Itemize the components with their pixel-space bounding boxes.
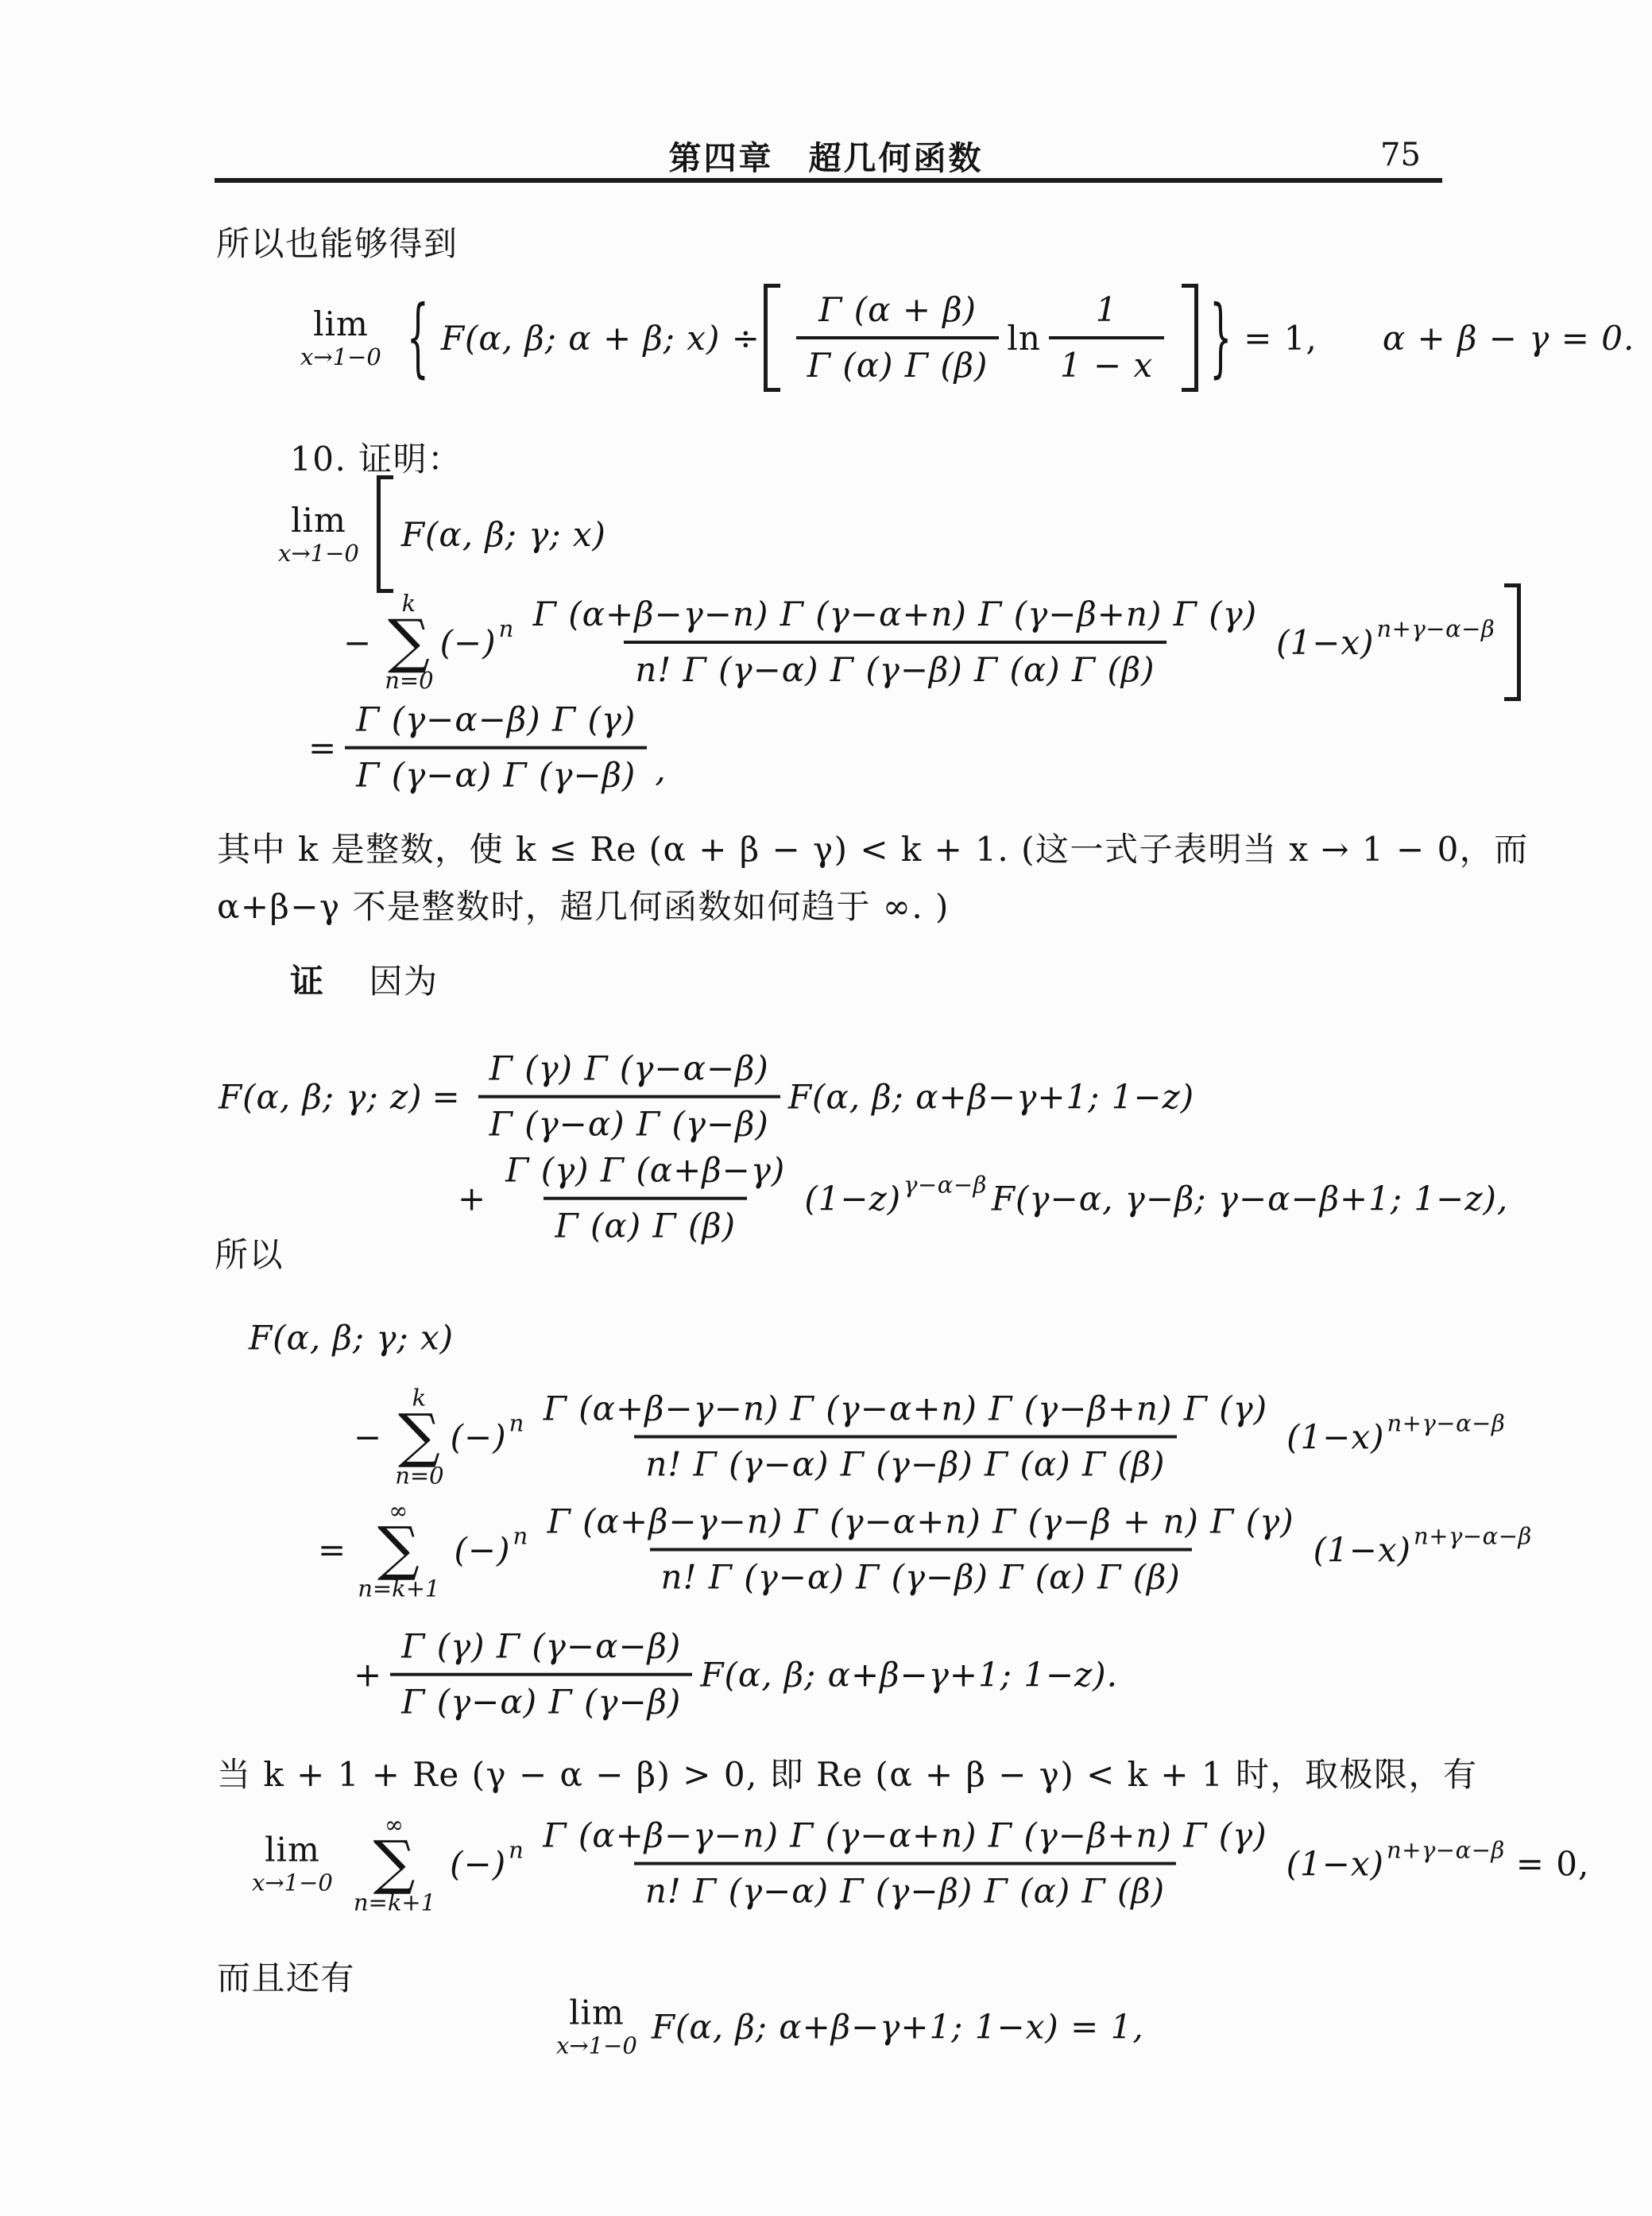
gamma-ratio-fraction: Γ (α+β−γ−n) Γ (γ−α+n) Γ (γ−β + n) Γ (γ) … [536, 1501, 1306, 1599]
gamma-ratio-fraction: Γ (α+β−γ−n) Γ (γ−α+n) Γ (γ−β+n) Γ (γ) n!… [522, 594, 1268, 692]
problem-10-label: 10. 证明： [290, 433, 462, 481]
power-base: (1−x) [1286, 1417, 1384, 1456]
hypergeometric-function: F(α, β; γ; x) [249, 1319, 454, 1358]
equation-3-line-2: + Γ (γ) Γ (α+β−γ) Γ (α) Γ (β) (1−z)γ−α−β… [458, 1150, 1508, 1248]
equation-2-line-1: lim x→1−0 F(α, β; γ; x) [278, 475, 606, 593]
power-base: (1−z) [804, 1180, 901, 1218]
paragraph-limit-condition: 当 k + 1 + Re (γ − α − β) > 0, 即 Re (α + … [217, 1749, 1478, 1796]
sign-factor: (−) [451, 1417, 507, 1456]
sigma-glyph: ∑ [377, 1524, 420, 1575]
left-bracket-delimiter [764, 284, 780, 392]
paragraph-k-condition-line2: α+β−γ 不是整数时，超几何函数如何趋于 ∞. ) [217, 881, 950, 928]
equals-sign: = [308, 729, 337, 768]
sigma-glyph: ∑ [388, 617, 431, 667]
proof-label: 证 [290, 962, 325, 1001]
equation-4-line-1: F(α, β; γ; x) [249, 1319, 454, 1358]
sign-factor: (−) [455, 1530, 511, 1569]
equation-4-line-4: + Γ (γ) Γ (γ−α−β) Γ (γ−α) Γ (γ−β) F(α, β… [354, 1626, 1118, 1724]
equation-5: lim x→1−0 ∞ ∑ n=k+1 (−)n Γ (α+β−γ−n) Γ (… [252, 1814, 1589, 1915]
gamma-ratio-fraction: Γ (γ−α−β) Γ (γ) Γ (γ−α) Γ (γ−β) [345, 699, 647, 797]
limit-operator: lim x→1−0 [252, 1833, 333, 1896]
equation-2-line-3: = Γ (γ−α−β) Γ (γ) Γ (γ−α) Γ (γ−β) , [308, 699, 667, 797]
sigma-glyph: ∑ [398, 1412, 441, 1462]
equation-2-line-2: − k ∑ n=0 (−)n Γ (α+β−γ−n) Γ (γ−α+n) Γ (… [343, 583, 1521, 701]
plus-sign: + [354, 1656, 382, 1695]
paragraph-intro: 所以也能够得到 [216, 218, 458, 265]
gamma-ratio-fraction: Γ (α+β−γ−n) Γ (γ−α+n) Γ (γ−β+n) Γ (γ) n!… [532, 1389, 1279, 1486]
limit-operator: lim x→1−0 [278, 503, 359, 566]
sign-factor: (−) [450, 1844, 506, 1883]
right-brace-delimiter: } [1209, 289, 1232, 388]
left-bracket-delimiter [377, 475, 393, 593]
right-bracket-delimiter [1504, 583, 1521, 701]
limit-operator: lim x→1−0 [300, 307, 381, 370]
equals-sign: = [318, 1530, 346, 1569]
log-argument-fraction: 1 1 − x [1049, 289, 1164, 387]
equation-4-line-2: − k ∑ n=0 (−)n Γ (α+β−γ−n) Γ (γ−α+n) Γ (… [354, 1387, 1505, 1488]
rhs-function: F(α, β; α+β−γ+1; 1−z) [788, 1078, 1194, 1117]
rhs-function: F(γ−α, γ−β; γ−α−β+1; 1−z), [992, 1180, 1508, 1218]
paragraph-k-condition-line1: 其中 k 是整数，使 k ≤ Re (α + β − γ) < k + 1. (… [217, 823, 1529, 871]
eq5-result: = 0, [1516, 1844, 1590, 1883]
trailing-comma: , [655, 750, 666, 788]
left-brace-delimiter: { [407, 289, 430, 388]
minus-sign: − [343, 623, 372, 662]
power-base: (1−x) [1276, 623, 1374, 662]
paragraph-moreover: 而且还有 [217, 1952, 355, 2000]
gamma-ratio-fraction: Γ (γ) Γ (α+β−γ) Γ (α) Γ (β) [494, 1150, 796, 1248]
lhs-function: F(α, β; γ; z) [219, 1078, 423, 1117]
minus-sign: − [354, 1417, 382, 1456]
gamma-ratio-fraction: Γ (γ) Γ (γ−α−β) Γ (γ−α) Γ (γ−β) [390, 1626, 692, 1724]
limit-operator: lim x→1−0 [556, 1996, 637, 2059]
eq1-body: F(α, β; α + β; x) ÷ [441, 319, 760, 358]
right-bracket-delimiter [1182, 284, 1198, 392]
eq1-side-condition: α + β − γ = 0. [1383, 319, 1635, 358]
header-rule [215, 178, 1442, 183]
gamma-ratio-fraction: Γ (α+β−γ−n) Γ (γ−α+n) Γ (γ−β+n) Γ (γ) n!… [532, 1815, 1278, 1913]
sigma-glyph: ∑ [373, 1838, 416, 1889]
page-number: 75 [1380, 137, 1421, 173]
sign-factor: (−) [440, 623, 497, 662]
eq1-result: = 1, [1244, 319, 1317, 358]
power-base: (1−x) [1313, 1530, 1411, 1569]
summation-operator: ∞ ∑ n=k+1 [358, 1500, 439, 1601]
hypergeometric-function: F(α, β; γ; x) [401, 515, 606, 554]
equation-3-line-1: F(α, β; γ; z) = Γ (γ) Γ (γ−α−β) Γ (γ−α) … [219, 1048, 1194, 1146]
gamma-ratio-fraction: Γ (γ) Γ (γ−α−β) Γ (γ−α) Γ (γ−β) [478, 1048, 780, 1146]
equals-sign: = [432, 1078, 461, 1117]
power-base: (1−x) [1286, 1844, 1384, 1883]
summation-operator: k ∑ n=0 [395, 1387, 443, 1488]
plus-sign: + [458, 1180, 486, 1218]
ln-operator: ln [1007, 319, 1040, 358]
equation-6: lim x→1−0 F(α, β; α+β−γ+1; 1−x) = 1, [556, 1996, 1144, 2059]
summation-operator: ∞ ∑ n=k+1 [354, 1814, 435, 1915]
equation-1: lim x→1−0 { F(α, β; α + β; x) ÷ Γ (α + β… [300, 284, 1635, 392]
paragraph-therefore: 所以 [215, 1229, 284, 1277]
proof-text: 因为 [369, 962, 439, 1001]
equation-4-line-3: = ∞ ∑ n=k+1 (−)n Γ (α+β−γ−n) Γ (γ−α+n) Γ… [318, 1500, 1532, 1601]
textbook-page: 第四章 超几何函数 75 所以也能够得到 lim x→1−0 { F(α, β;… [0, 0, 1652, 2216]
rhs-function: F(α, β; α+β−γ+1; 1−z). [700, 1656, 1118, 1695]
summation-operator: k ∑ n=0 [385, 592, 433, 693]
hypergeometric-limit-value: F(α, β; α+β−γ+1; 1−x) = 1, [652, 2008, 1144, 2047]
proof-line: 证因为 [290, 955, 439, 1003]
gamma-ratio-fraction: Γ (α + β) Γ (α) Γ (β) [796, 289, 1000, 387]
